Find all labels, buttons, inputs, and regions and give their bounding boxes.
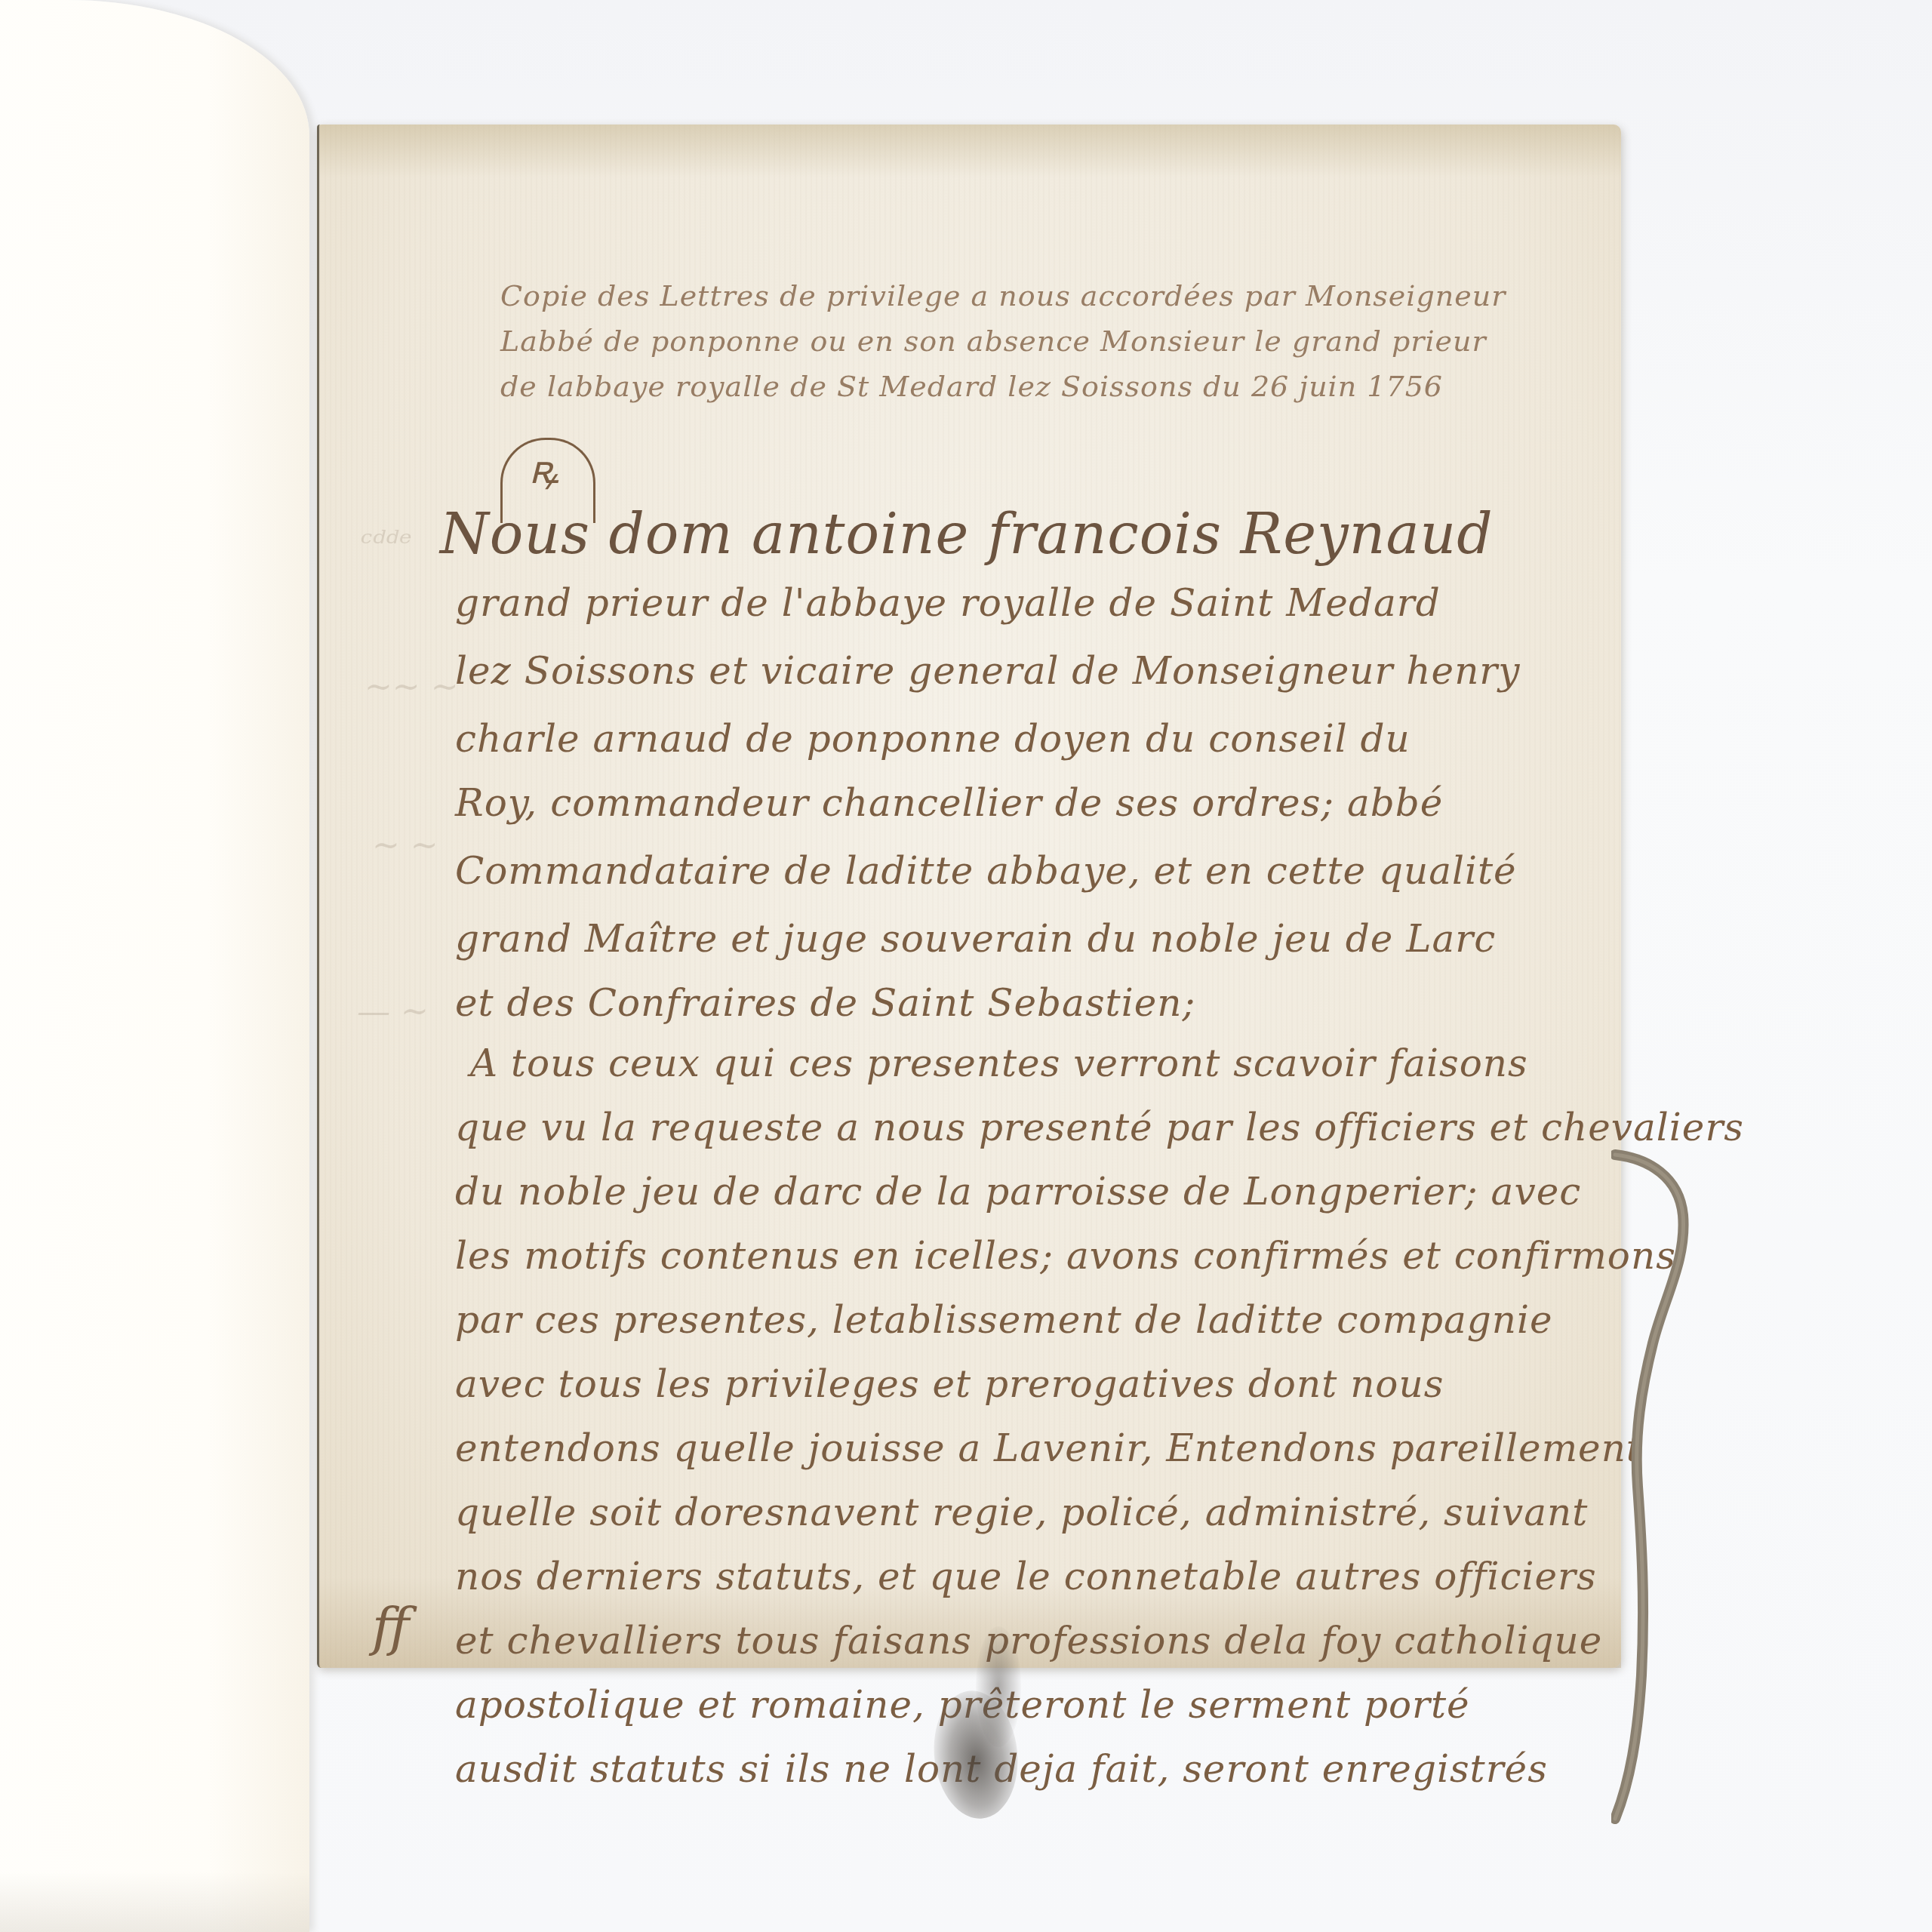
body-line-10: du noble jeu de darc de la parroisse de … xyxy=(455,1170,1581,1214)
binding-ribbon-icon xyxy=(1611,1147,1702,1826)
header-line-1: Copie des Lettres de privilege a nous ac… xyxy=(500,279,1506,312)
body-line-7: et des Confraires de Saint Sebastien; xyxy=(455,981,1195,1025)
header-line-3: de labbaye royalle de St Medard lez Sois… xyxy=(500,370,1443,403)
folio-mark: ff xyxy=(372,1596,410,1658)
body-line-5: Commandataire de laditte abbaye, et en c… xyxy=(455,849,1517,893)
body-line-16: nos derniers statuts, et que le connetab… xyxy=(455,1555,1597,1598)
left-leaf-shadow xyxy=(0,1872,309,1932)
opening-line: Nous dom antoine francois Reynaud xyxy=(440,502,1494,567)
body-line-13: avec tous les privileges et prerogatives… xyxy=(455,1362,1444,1406)
monogram-icon: ꝶ xyxy=(529,441,558,495)
body-line-3: charle arnaud de ponponne doyen du conse… xyxy=(455,717,1411,761)
body-line-8: A tous ceux qui ces presentes verront sc… xyxy=(470,1041,1528,1085)
left-blank-leaf xyxy=(0,0,309,1932)
body-line-9: que vu la requeste a nous presenté par l… xyxy=(455,1106,1744,1149)
body-line-17: et chevalliers tous faisans professions … xyxy=(455,1619,1602,1663)
body-line-1: grand prieur de l'abbaye royalle de Sain… xyxy=(455,581,1441,625)
body-line-11: les motifs contenus en icelles; avons co… xyxy=(455,1234,1676,1278)
body-line-14: entendons quelle jouisse a Lavenir, Ente… xyxy=(455,1426,1642,1470)
header-line-2: Labbé de ponponne ou en son absence Mons… xyxy=(500,325,1487,358)
ink-smudge xyxy=(976,1626,1021,1747)
body-line-12: par ces presentes, letablissement de lad… xyxy=(455,1298,1553,1342)
body-line-6: grand Maître et juge souverain du noble … xyxy=(455,917,1496,961)
body-line-2: lez Soissons et vicaire general de Monse… xyxy=(455,649,1521,693)
manuscript-page: ᶜᵈᵈᵉ ~~ ~ ~ ~ — ~ Copie des Lettres de p… xyxy=(317,125,1621,1668)
manuscript-text: Copie des Lettres de privilege a nous ac… xyxy=(319,125,1621,1668)
body-line-15: quelle soit doresnavent regie, policé, a… xyxy=(455,1491,1588,1534)
body-line-4: Roy, commandeur chancellier de ses ordre… xyxy=(455,781,1443,825)
